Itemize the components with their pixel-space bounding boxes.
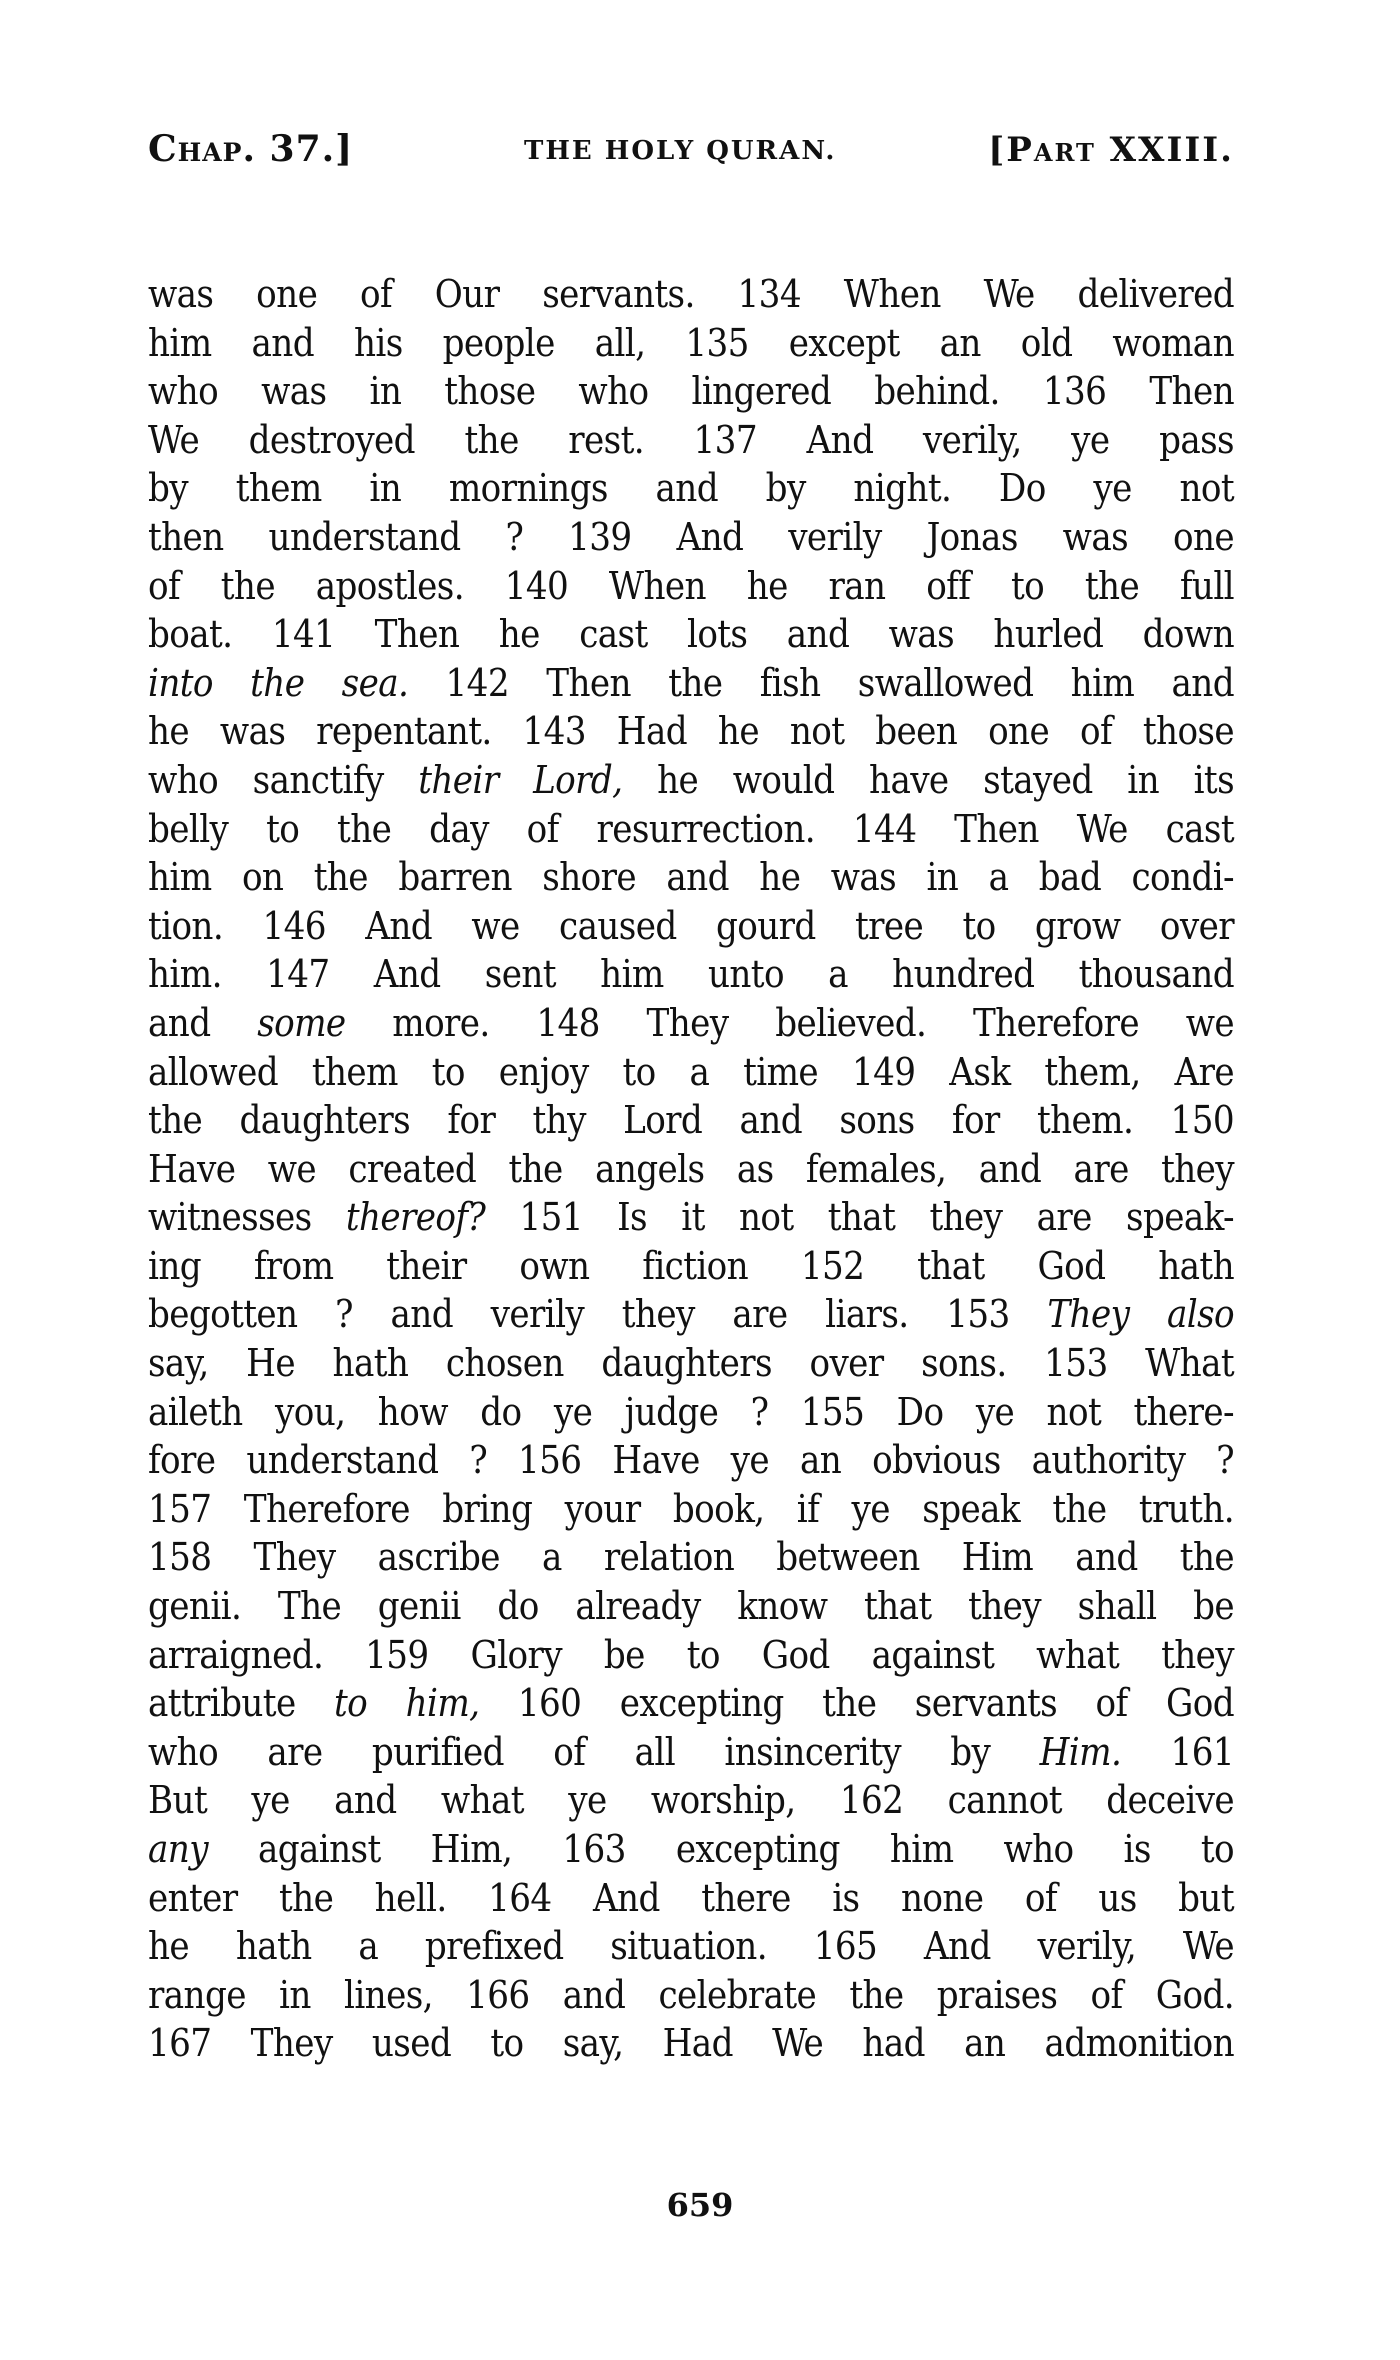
book-title: THE HOLY QURAN. bbox=[524, 136, 836, 166]
text-line: boat. 141 Then he cast lots and was hurl… bbox=[148, 610, 1234, 659]
text-line: arraigned. 159 Glory be to God against w… bbox=[148, 1631, 1234, 1680]
text-line: 158 They ascribe a relation between Him … bbox=[148, 1533, 1234, 1582]
text-line: enter the hell. 164 And there is none of… bbox=[148, 1874, 1234, 1923]
text-line: But ye and what ye worship, 162 cannot d… bbox=[148, 1776, 1234, 1825]
text-line: he hath a prefixed situation. 165 And ve… bbox=[148, 1922, 1234, 1971]
text-line: genii. The genii do already know that th… bbox=[148, 1582, 1234, 1631]
text-line: any against Him, 163 excepting him who i… bbox=[148, 1825, 1234, 1874]
text-line: fore understand ? 156 Have ye an obvious… bbox=[148, 1436, 1234, 1485]
text-line: him and his people all, 135 except an ol… bbox=[148, 319, 1234, 368]
text-line: who sanctify their Lord, he would have s… bbox=[148, 756, 1234, 805]
text-line: attribute to him, 160 excepting the serv… bbox=[148, 1679, 1234, 1728]
text-line: 157 Therefore bring your book, if ye spe… bbox=[148, 1485, 1234, 1534]
text-line: We destroyed the rest. 137 And verily, y… bbox=[148, 416, 1234, 465]
text-line: into the sea. 142 Then the fish swallowe… bbox=[148, 659, 1234, 708]
text-line: he was repentant. 143 Had he not been on… bbox=[148, 707, 1234, 756]
text-line: then understand ? 139 And verily Jonas w… bbox=[148, 513, 1234, 562]
text-line: the daughters for thy Lord and sons for … bbox=[148, 1096, 1234, 1145]
text-line: was one of Our servants. 134 When We del… bbox=[148, 270, 1234, 319]
text-line: allowed them to enjoy to a time 149 Ask … bbox=[148, 1048, 1234, 1097]
text-line: 167 They used to say, Had We had an admo… bbox=[148, 2019, 1234, 2068]
text-line: tion. 146 And we caused gourd tree to gr… bbox=[148, 902, 1234, 951]
text-line: belly to the day of resurrection. 144 Th… bbox=[148, 805, 1234, 854]
text-line: him on the barren shore and he was in a … bbox=[148, 853, 1234, 902]
text-line: range in lines, 166 and celebrate the pr… bbox=[148, 1971, 1234, 2020]
text-line: Have we created the angels as females, a… bbox=[148, 1145, 1234, 1194]
text-line: him. 147 And sent him unto a hundred tho… bbox=[148, 950, 1234, 999]
running-header: Chap. 37.] THE HOLY QURAN. [Part XXIII. bbox=[148, 128, 1234, 178]
text-line: ing from their own fiction 152 that God … bbox=[148, 1242, 1234, 1291]
text-line: of the apostles. 140 When he ran off to … bbox=[148, 562, 1234, 611]
part-label: [Part XXIII. bbox=[988, 130, 1234, 170]
text-line: aileth you, how do ye judge ? 155 Do ye … bbox=[148, 1388, 1234, 1437]
page-body: was one of Our servants. 134 When We del… bbox=[148, 270, 1234, 2068]
text-line: witnesses thereof? 151 Is it not that th… bbox=[148, 1193, 1234, 1242]
text-line: who was in those who lingered behind. 13… bbox=[148, 367, 1234, 416]
text-line: say, He hath chosen daughters over sons.… bbox=[148, 1339, 1234, 1388]
text-line: by them in mornings and by night. Do ye … bbox=[148, 464, 1234, 513]
chapter-label: Chap. 37.] bbox=[148, 128, 353, 170]
text-line: begotten ? and verily they are liars. 15… bbox=[148, 1290, 1234, 1339]
text-line: who are purified of all insincerity by H… bbox=[148, 1728, 1234, 1777]
text-line: and some more. 148 They believed. Theref… bbox=[148, 999, 1234, 1048]
page-number: 659 bbox=[0, 2186, 1400, 2224]
